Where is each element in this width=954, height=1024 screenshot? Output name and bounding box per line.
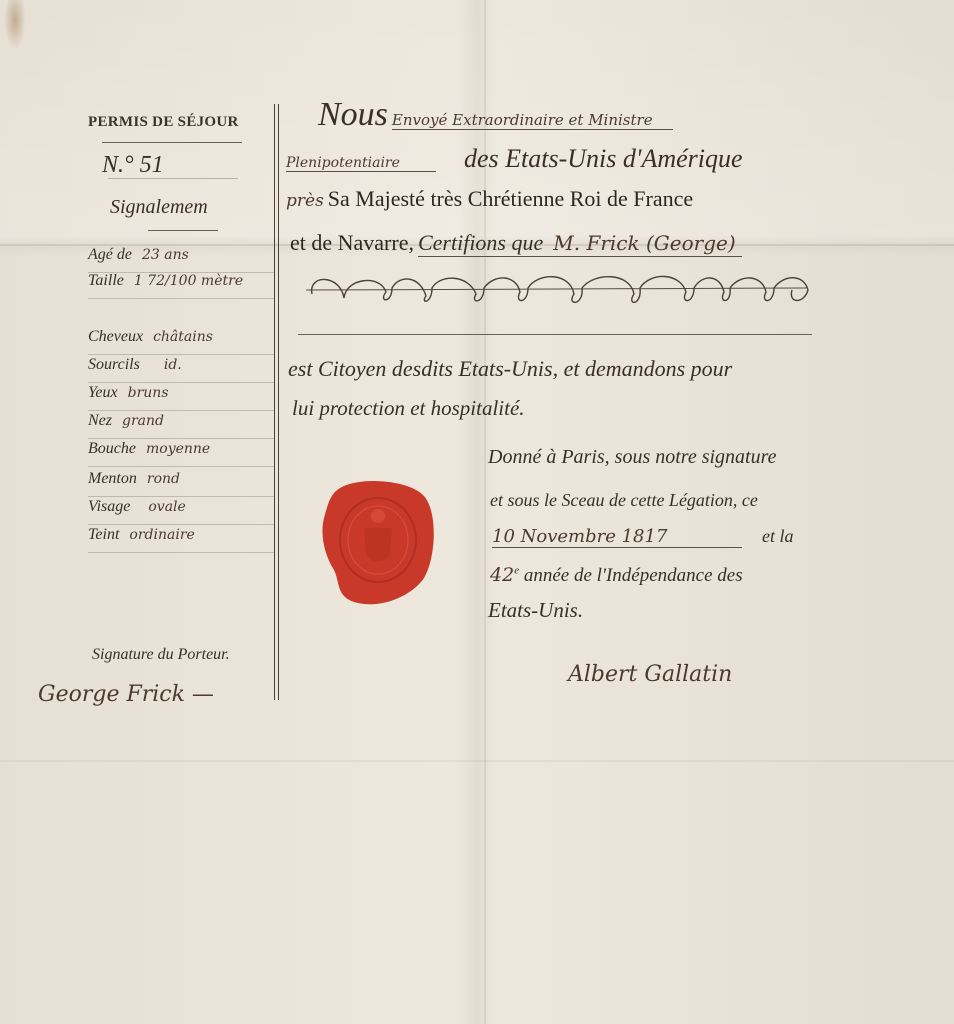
descriptor-row-nose: Nezgrand bbox=[88, 412, 274, 439]
given-line-2: et sous le Sceau de cette Légation, ce bbox=[490, 490, 758, 511]
given-line-5: Etats-Unis. bbox=[488, 598, 583, 623]
descriptor-value: châtains bbox=[153, 329, 213, 345]
descriptor-value: moyenne bbox=[146, 441, 210, 457]
body-line-4: et de Navarre, Certifions que M. Frick (… bbox=[290, 230, 742, 257]
given-line-3: 10 Novembre 1817 et la bbox=[492, 526, 810, 548]
etats-unis-heading: des Etats-Unis d'Amérique bbox=[464, 144, 743, 173]
descriptor-label: Bouche bbox=[88, 440, 136, 457]
title-rule bbox=[102, 142, 242, 143]
navarre-text: et de Navarre, bbox=[290, 230, 414, 255]
given-line-4: 42e année de l'Indépendance des bbox=[490, 564, 743, 587]
plenipotentiary-word: Plenipotentiaire bbox=[286, 155, 436, 172]
column-divider-inner bbox=[278, 104, 279, 700]
wax-seal-icon bbox=[320, 478, 436, 608]
bearer-name: M. Frick (George) bbox=[553, 231, 735, 255]
descriptor-label: Yeux bbox=[88, 384, 118, 401]
signalement-heading: Signalemem bbox=[110, 196, 208, 219]
descriptor-label: Taille bbox=[88, 272, 124, 289]
certifions-text: Certifions que bbox=[418, 230, 543, 255]
issue-date: 10 Novembre 1817 bbox=[492, 526, 742, 548]
descriptor-label: Teint bbox=[88, 526, 119, 543]
descriptor-row-face: Visageovale bbox=[88, 498, 274, 525]
descriptor-label: Sourcils bbox=[88, 356, 140, 373]
descriptor-value: grand bbox=[122, 413, 164, 429]
descriptor-label: Agé de bbox=[88, 246, 132, 263]
descriptor-value: 23 ans bbox=[142, 247, 189, 263]
minister-signature: Albert Gallatin bbox=[568, 662, 732, 687]
bearer-signature-label: Signature du Porteur. bbox=[92, 646, 230, 664]
descriptor-row-mouth: Bouchemoyenne bbox=[88, 440, 274, 467]
body-line-5: est Citoyen desdits Etats-Unis, et deman… bbox=[288, 356, 732, 382]
descriptor-value: rond bbox=[147, 471, 180, 487]
body-line-1: Nous Envoyé Extraordinaire et Ministre bbox=[318, 96, 673, 134]
et-la-text: et la bbox=[762, 526, 794, 546]
descriptor-value: id. bbox=[164, 357, 182, 373]
body-line-2: Plenipotentiaire des Etats-Unis d'Amériq… bbox=[286, 144, 743, 174]
descriptor-value: 1 72/100 mètre bbox=[134, 273, 243, 289]
body-separator-rule bbox=[298, 334, 812, 335]
descriptor-label: Visage bbox=[88, 498, 130, 515]
descriptor-label: Menton bbox=[88, 470, 137, 487]
descriptor-row-eyes: Yeuxbruns bbox=[88, 384, 274, 411]
descriptor-row-height: Taille1 72/100 mètre bbox=[88, 272, 274, 299]
descriptor-row-complexion: Teintordinaire bbox=[88, 526, 274, 553]
year-ordinal: 42 bbox=[490, 564, 514, 586]
descriptor-value: ovale bbox=[148, 499, 185, 515]
given-at-paris-text: Donné à Paris, sous notre signature bbox=[488, 446, 777, 468]
descriptor-row-age: Agé de23 ans bbox=[88, 246, 274, 273]
fold-line-horizontal-lower bbox=[0, 760, 954, 762]
given-line-1: Donné à Paris, sous notre signature bbox=[488, 446, 777, 469]
descriptor-row-chin: Mentonrond bbox=[88, 470, 274, 497]
permit-number: N.° 51 bbox=[102, 152, 164, 179]
descriptor-label: Cheveux bbox=[88, 328, 143, 345]
envoy-title: Envoyé Extraordinaire et Ministre bbox=[392, 111, 673, 130]
bearer-signature: George Frick — bbox=[38, 682, 214, 707]
descriptor-row-eyebrows: Sourcilsid. bbox=[88, 356, 274, 383]
number-rule bbox=[108, 178, 238, 179]
body-line-6: lui protection et hospitalité. bbox=[292, 396, 525, 421]
signalement-rule bbox=[148, 230, 218, 231]
paper-stain bbox=[4, 0, 26, 50]
descriptor-value: ordinaire bbox=[129, 527, 194, 543]
independence-text: année de l'Indépendance des bbox=[524, 565, 743, 586]
descriptor-label: Nez bbox=[88, 412, 112, 429]
document-title: PERMIS DE SÉJOUR bbox=[88, 114, 239, 131]
nous-word: Nous bbox=[318, 96, 388, 133]
column-divider bbox=[274, 104, 275, 700]
majesty-line: Sa Majesté très Chrétienne Roi de France bbox=[328, 186, 693, 211]
descriptor-row-hair: Cheveuxchâtains bbox=[88, 328, 274, 355]
body-line-3: près Sa Majesté très Chrétienne Roi de F… bbox=[286, 186, 693, 212]
pres-word: près bbox=[286, 191, 324, 211]
year-ordinal-suffix: e bbox=[514, 565, 519, 577]
descriptor-value: bruns bbox=[128, 385, 169, 401]
flourish-ornament bbox=[300, 268, 820, 308]
